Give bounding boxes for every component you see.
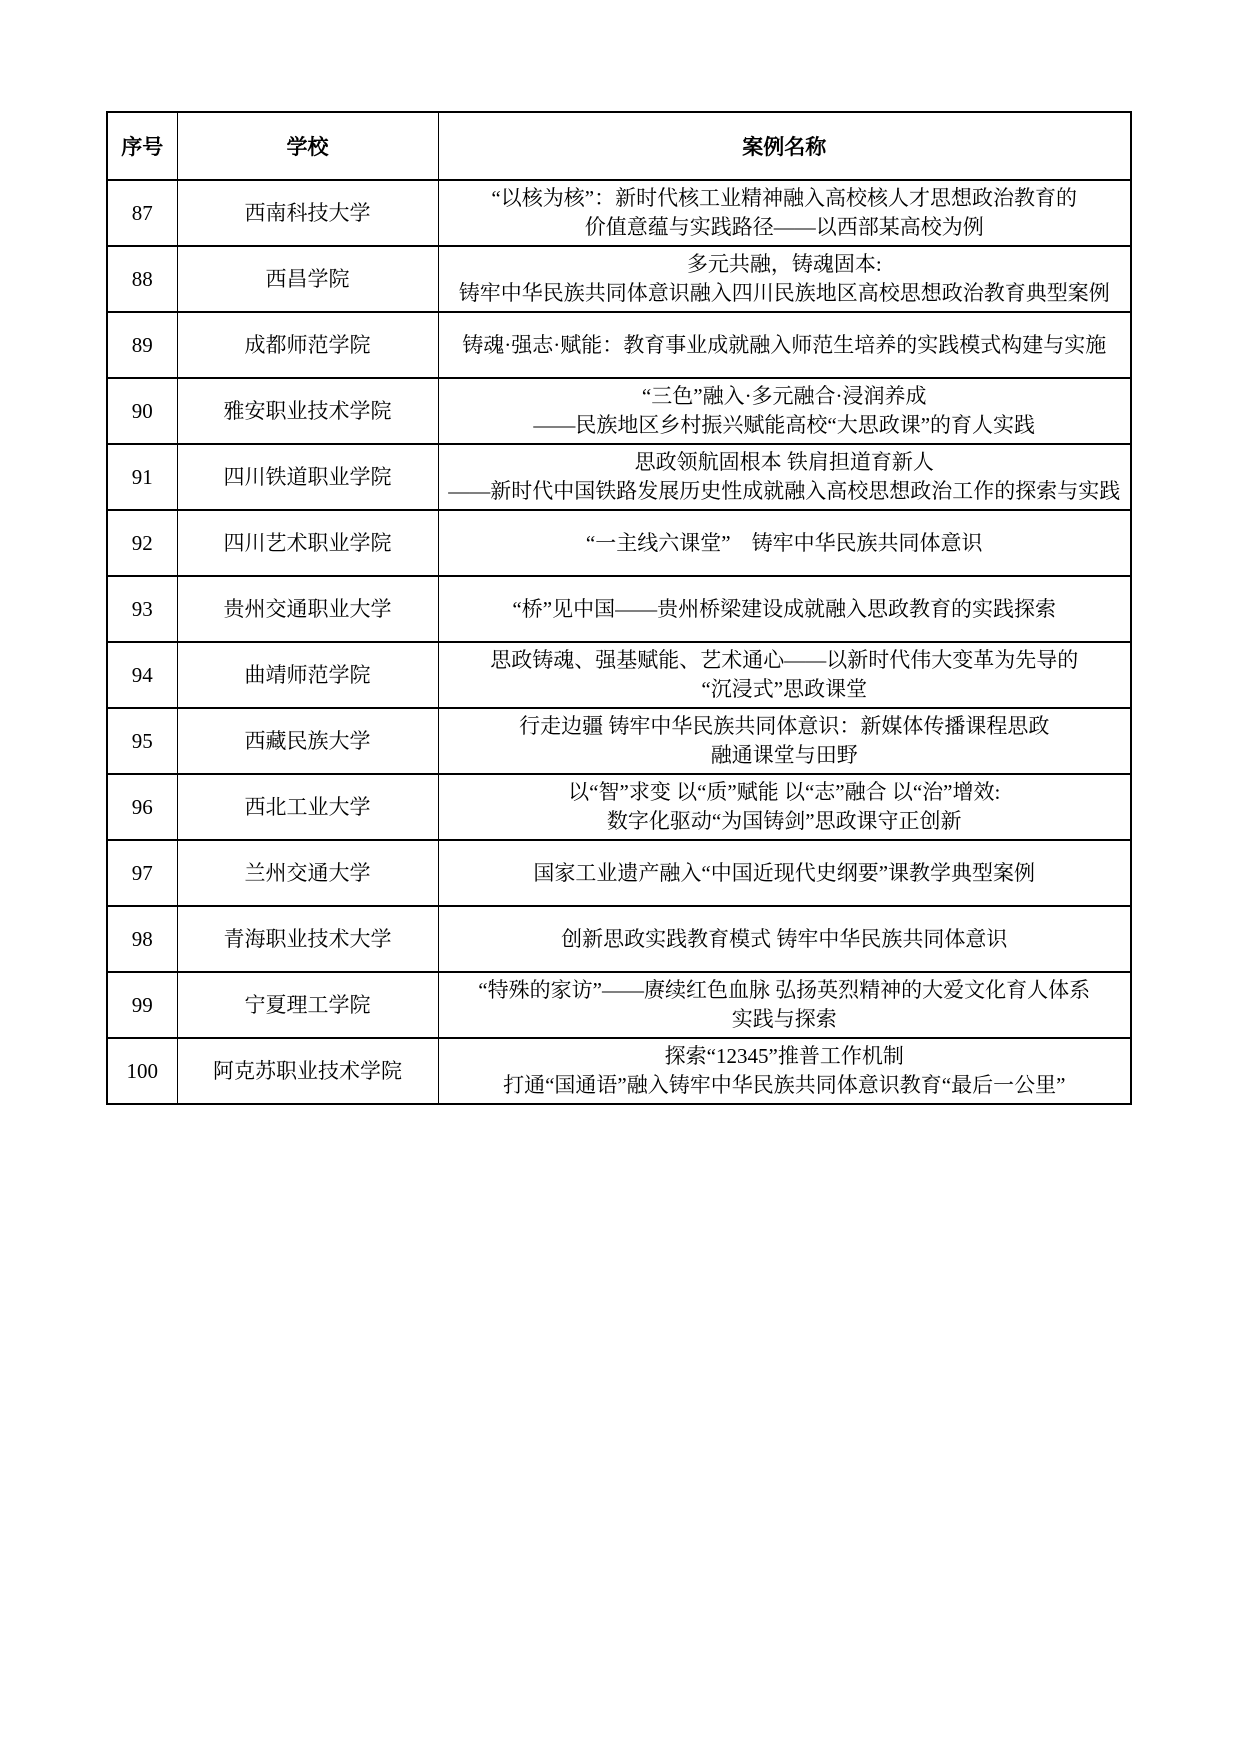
table-row: 96西北工业大学以“智”求变 以“质”赋能 以“志”融合 以“治”增效: 数字化… bbox=[107, 774, 1131, 840]
index-cell: 99 bbox=[107, 972, 177, 1038]
table-row: 100阿克苏职业技术学院探索“12345”推普工作机制 打通“国通语”融入铸牢中… bbox=[107, 1038, 1131, 1104]
index-cell: 90 bbox=[107, 378, 177, 444]
index-cell: 89 bbox=[107, 312, 177, 378]
case-table: 序号 学校 案例名称 87西南科技大学“以核为核”：新时代核工业精神融入高校核人… bbox=[106, 111, 1132, 1105]
school-cell: 兰州交通大学 bbox=[177, 840, 438, 906]
school-cell: 西南科技大学 bbox=[177, 180, 438, 246]
school-cell: 贵州交通职业大学 bbox=[177, 576, 438, 642]
header-school: 学校 bbox=[177, 112, 438, 180]
table-row: 95西藏民族大学行走边疆 铸牢中华民族共同体意识：新媒体传播课程思政 融通课堂与… bbox=[107, 708, 1131, 774]
case-cell: 铸魂·强志·赋能：教育事业成就融入师范生培养的实践模式构建与实施 bbox=[438, 312, 1131, 378]
school-cell: 四川艺术职业学院 bbox=[177, 510, 438, 576]
table-row: 93贵州交通职业大学“桥”见中国——贵州桥梁建设成就融入思政教育的实践探索 bbox=[107, 576, 1131, 642]
case-cell: 行走边疆 铸牢中华民族共同体意识：新媒体传播课程思政 融通课堂与田野 bbox=[438, 708, 1131, 774]
case-cell: “三色”融入·多元融合·浸润养成 ——民族地区乡村振兴赋能高校“大思政课”的育人… bbox=[438, 378, 1131, 444]
table-row: 97兰州交通大学国家工业遗产融入“中国近现代史纲要”课教学典型案例 bbox=[107, 840, 1131, 906]
table-row: 98青海职业技术大学创新思政实践教育模式 铸牢中华民族共同体意识 bbox=[107, 906, 1131, 972]
case-cell: 思政铸魂、强基赋能、艺术通心——以新时代伟大变革为先导的 “沉浸式”思政课堂 bbox=[438, 642, 1131, 708]
header-case: 案例名称 bbox=[438, 112, 1131, 180]
case-cell: “特殊的家访”——赓续红色血脉 弘扬英烈精神的大爱文化育人体系 实践与探索 bbox=[438, 972, 1131, 1038]
school-cell: 宁夏理工学院 bbox=[177, 972, 438, 1038]
case-cell: 创新思政实践教育模式 铸牢中华民族共同体意识 bbox=[438, 906, 1131, 972]
index-cell: 92 bbox=[107, 510, 177, 576]
school-cell: 西藏民族大学 bbox=[177, 708, 438, 774]
index-cell: 97 bbox=[107, 840, 177, 906]
index-cell: 87 bbox=[107, 180, 177, 246]
case-cell: 以“智”求变 以“质”赋能 以“志”融合 以“治”增效: 数字化驱动“为国铸剑”… bbox=[438, 774, 1131, 840]
case-cell: 国家工业遗产融入“中国近现代史纲要”课教学典型案例 bbox=[438, 840, 1131, 906]
case-cell: “一主线六课堂” 铸牢中华民族共同体意识 bbox=[438, 510, 1131, 576]
index-cell: 96 bbox=[107, 774, 177, 840]
case-cell: 探索“12345”推普工作机制 打通“国通语”融入铸牢中华民族共同体意识教育“最… bbox=[438, 1038, 1131, 1104]
index-cell: 100 bbox=[107, 1038, 177, 1104]
school-cell: 西北工业大学 bbox=[177, 774, 438, 840]
case-cell: 思政领航固根本 铁肩担道育新人 ——新时代中国铁路发展历史性成就融入高校思想政治… bbox=[438, 444, 1131, 510]
school-cell: 西昌学院 bbox=[177, 246, 438, 312]
case-cell: “以核为核”：新时代核工业精神融入高校核人才思想政治教育的 价值意蕴与实践路径—… bbox=[438, 180, 1131, 246]
case-cell: 多元共融，铸魂固本: 铸牢中华民族共同体意识融入四川民族地区高校思想政治教育典型… bbox=[438, 246, 1131, 312]
index-cell: 91 bbox=[107, 444, 177, 510]
header-index: 序号 bbox=[107, 112, 177, 180]
table-body: 87西南科技大学“以核为核”：新时代核工业精神融入高校核人才思想政治教育的 价值… bbox=[107, 180, 1131, 1104]
school-cell: 四川铁道职业学院 bbox=[177, 444, 438, 510]
index-cell: 94 bbox=[107, 642, 177, 708]
index-cell: 88 bbox=[107, 246, 177, 312]
table-row: 89成都师范学院铸魂·强志·赋能：教育事业成就融入师范生培养的实践模式构建与实施 bbox=[107, 312, 1131, 378]
index-cell: 98 bbox=[107, 906, 177, 972]
index-cell: 95 bbox=[107, 708, 177, 774]
school-cell: 雅安职业技术学院 bbox=[177, 378, 438, 444]
table-row: 90雅安职业技术学院“三色”融入·多元融合·浸润养成 ——民族地区乡村振兴赋能高… bbox=[107, 378, 1131, 444]
table-row: 88西昌学院多元共融，铸魂固本: 铸牢中华民族共同体意识融入四川民族地区高校思想… bbox=[107, 246, 1131, 312]
school-cell: 青海职业技术大学 bbox=[177, 906, 438, 972]
table-row: 91四川铁道职业学院思政领航固根本 铁肩担道育新人 ——新时代中国铁路发展历史性… bbox=[107, 444, 1131, 510]
school-cell: 成都师范学院 bbox=[177, 312, 438, 378]
header-row: 序号 学校 案例名称 bbox=[107, 112, 1131, 180]
document-page: 序号 学校 案例名称 87西南科技大学“以核为核”：新时代核工业精神融入高校核人… bbox=[0, 0, 1241, 1754]
table-row: 87西南科技大学“以核为核”：新时代核工业精神融入高校核人才思想政治教育的 价值… bbox=[107, 180, 1131, 246]
case-cell: “桥”见中国——贵州桥梁建设成就融入思政教育的实践探索 bbox=[438, 576, 1131, 642]
school-cell: 曲靖师范学院 bbox=[177, 642, 438, 708]
table-row: 94曲靖师范学院思政铸魂、强基赋能、艺术通心——以新时代伟大变革为先导的 “沉浸… bbox=[107, 642, 1131, 708]
index-cell: 93 bbox=[107, 576, 177, 642]
table-row: 92四川艺术职业学院“一主线六课堂” 铸牢中华民族共同体意识 bbox=[107, 510, 1131, 576]
table-row: 99宁夏理工学院“特殊的家访”——赓续红色血脉 弘扬英烈精神的大爱文化育人体系 … bbox=[107, 972, 1131, 1038]
school-cell: 阿克苏职业技术学院 bbox=[177, 1038, 438, 1104]
